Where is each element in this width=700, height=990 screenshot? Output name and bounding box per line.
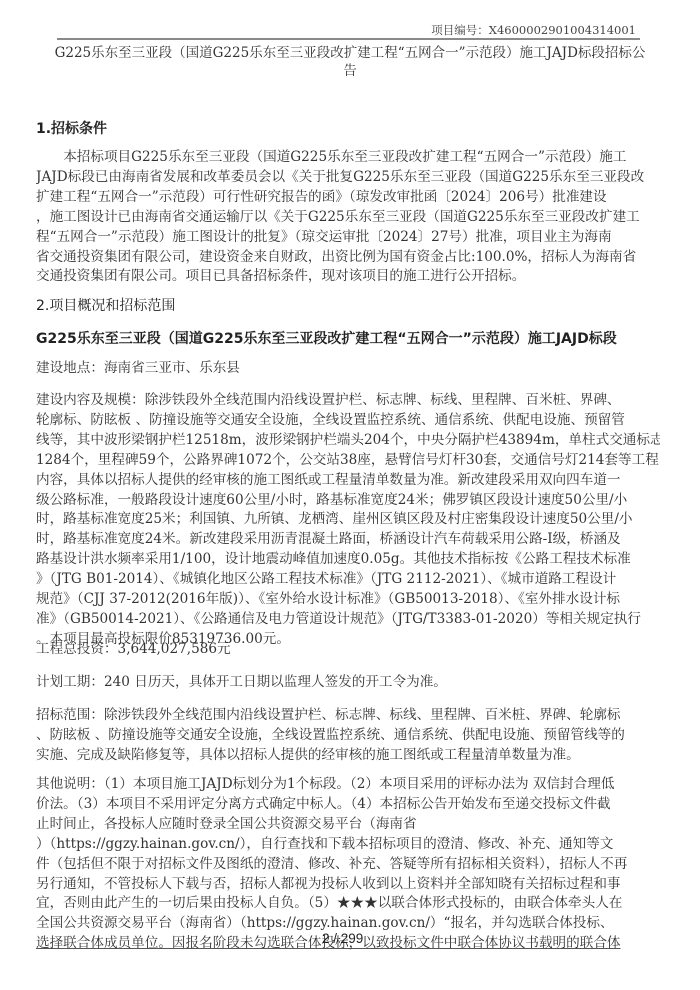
body-line: ）（https://ggzy.hainan.gov.cn/），自行查找和下载本招… — [36, 835, 660, 855]
body-line: 1284个，里程碑59个，公路界碑1072个，公交站38座，悬臂信号灯杆30套，… — [36, 451, 660, 471]
title-line-2: 告 — [40, 62, 660, 80]
construction-content: 建设内容及规模：除涉铁段外全线范围内沿线设置护栏、标志牌、标线、里程牌、百米桩、… — [36, 391, 660, 650]
body-line: 规范》（CJJ 37-2012(2016年版)）、《室外给水设计标准》（GB50… — [36, 590, 660, 610]
construction-location: 建设地点：海南省三亚市、乐东县 — [36, 359, 660, 379]
body-line: 准》（GB50014-2021）、《公路通信及电力管道设计规范》（JTG/T33… — [36, 610, 660, 630]
body-line: 、防眩板 、防撞设施等交通安全设施，全线设置监控系统、通信系统、供配电设施、预留… — [36, 726, 660, 746]
body-line: 招标范围：除涉铁段外全线范围内沿线设置护栏、标志牌、标线、里程牌、百米桩、界碑、… — [36, 706, 660, 726]
section-1-body: 本招标项目G225乐东至三亚段（国道G225乐东至三亚段改扩建工程“五网合一”示… — [36, 148, 660, 287]
other-notes: 其他说明：（1）本项目施工JAJD标划分为1个标段。（2）本项目采用的评标办法为… — [36, 775, 660, 950]
body-line: 时，路基标准宽度25米；利国镇、九所镇、龙栖湾、崖州区镇区段及村庄密集段设计速度… — [36, 510, 660, 530]
body-line: ，施工图设计已由海南省交通运输厅以《关于G225乐东至三亚段（国道G225乐东至… — [36, 208, 660, 228]
schedule-text: 计划工期：240 日历天，具体开工日期以监理人签发的开工令为准。 — [36, 673, 660, 693]
section-2-heading: 2.项目概况和招标范围 — [36, 295, 175, 315]
body-line: 价法。（3）本项目不采用评定分离方式确定中标人。（4）本招标公告开始发布至递交投… — [36, 795, 660, 815]
project-id: 项目编号：X4600002901004314001 — [431, 22, 636, 38]
planned-schedule: 计划工期：240 日历天，具体开工日期以监理人签发的开工令为准。 — [36, 673, 660, 693]
document-page: 项目编号：X4600002901004314001 G225乐东至三亚段（国道G… — [0, 0, 700, 990]
body-line: 宜，否则由此产生的一切后果由投标人自负。（5）★★★以联合体形式投标的，由联合体… — [36, 894, 660, 914]
body-line: 程“五网合一”示范段）施工图设计的批复》（琼交运审批〔2024〕27号）批准，项… — [36, 228, 660, 248]
document-title: G225乐东至三亚段（国道G225乐东至三亚段改扩建工程“五网合一”示范段）施工… — [40, 44, 660, 80]
investment-text: 工程总投资：3,644,027,586元 — [36, 640, 660, 660]
body-line: 轮廓标、防眩板 、防撞设施等交通安全设施，全线设置监控系统、通信系统、供配电设施… — [36, 411, 660, 431]
body-line: 级公路标准，一般路段设计速度60公里/小时，路基标准宽度24米；佛罗镇区段设计速… — [36, 491, 660, 511]
section-2-subheading: G225乐东至三亚段（国道G225乐东至三亚段改扩建工程“五网合一”示范段）施工… — [36, 328, 617, 348]
page-indicator: 2 / 299 — [322, 931, 363, 946]
body-line: 其他说明：（1）本项目施工JAJD标划分为1个标段。（2）本项目采用的评标办法为… — [36, 775, 660, 795]
section-1-heading: 1.招标条件 — [36, 118, 107, 138]
body-line: 实施、完成及缺陷修复等，具体以招标人提供的经审核的施工图纸或工程量清单数量为准。 — [36, 746, 660, 766]
body-line: JAJD标段已由海南省发展和改革委员会以《关于批复G225乐东至三亚段（国道G2… — [36, 168, 660, 188]
body-line: 扩建工程“五网合一”示范段）可行性研究报告的函》（琼发改审批函〔2024〕206… — [36, 188, 660, 208]
body-line: 路基设计洪水频率采用1/100，设计地震动峰值加速度0.05g。其他技术指标按《… — [36, 550, 660, 570]
body-line: 内容，具体以招标人提供的经审核的施工图纸或工程量清单数量为准。新改建段采用双向四… — [36, 471, 660, 491]
location-text: 建设地点：海南省三亚市、乐东县 — [36, 359, 660, 379]
total-investment: 工程总投资：3,644,027,586元 — [36, 640, 660, 660]
body-line: 时，路基标准宽度24米。新改建段采用沥青混凝土路面，桥涵设计汽车荷载采用公路-I… — [36, 530, 660, 550]
header-rule — [57, 38, 640, 40]
body-line: 》（JTG B01-2014）、《城镇化地区公路工程技术标准》（JTG 2112… — [36, 570, 660, 590]
body-line: 本招标项目G225乐东至三亚段（国道G225乐东至三亚段改扩建工程“五网合一”示… — [36, 148, 660, 168]
body-line: 另行通知，不管投标人下载与否，招标人都视为投标人收到以上资料并全部知晓有关招标过… — [36, 875, 660, 895]
body-line: 交通投资集团有限公司。项目已具备招标条件，现对该项目的施工进行公开招标。 — [36, 267, 660, 287]
body-line: 省交通投资集团有限公司，建设资金来自财政，出资比例为国有资金占比:100.0%，… — [36, 248, 660, 268]
title-line-1: G225乐东至三亚段（国道G225乐东至三亚段改扩建工程“五网合一”示范段）施工… — [40, 44, 660, 62]
body-line: 建设内容及规模：除涉铁段外全线范围内沿线设置护栏、标志牌、标线、里程牌、百米桩、… — [36, 391, 660, 411]
body-line: 件（包括但不限于对招标文件及图纸的澄清、修改、补充、答疑等所有招标相关资料），招… — [36, 855, 660, 875]
body-line: 止时间止，各投标人应随时登录全国公共资源交易平台（海南省 — [36, 815, 660, 835]
bid-scope: 招标范围：除涉铁段外全线范围内沿线设置护栏、标志牌、标线、里程牌、百米桩、界碑、… — [36, 706, 660, 766]
body-line: 线等，其中波形梁钢护栏12518m，波形梁钢护栏端头204个，中央分隔护栏438… — [36, 431, 660, 451]
